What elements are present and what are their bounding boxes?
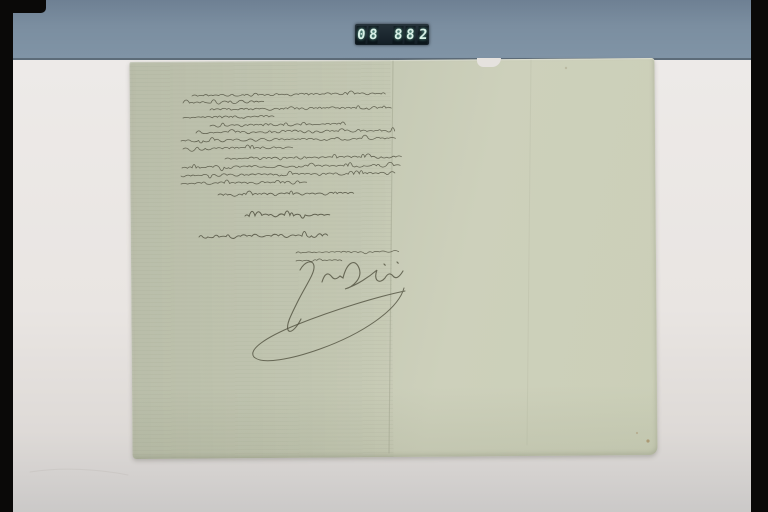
counter-digit: 8 [392, 26, 404, 44]
film-corner-notch [0, 0, 46, 13]
document-paper [129, 58, 657, 459]
counter-display: 0 8 8 8 2 [355, 24, 429, 45]
counter-digit: 8 [405, 26, 417, 44]
photo-frame: 0 8 8 8 2 [0, 0, 768, 512]
counter-digit: 8 [368, 26, 380, 44]
counter-digit: 2 [417, 26, 429, 44]
counter-digit: 0 [355, 26, 367, 44]
film-edge-left [0, 0, 13, 512]
paper-bottom-shading [132, 385, 658, 459]
film-edge-right [751, 0, 768, 512]
